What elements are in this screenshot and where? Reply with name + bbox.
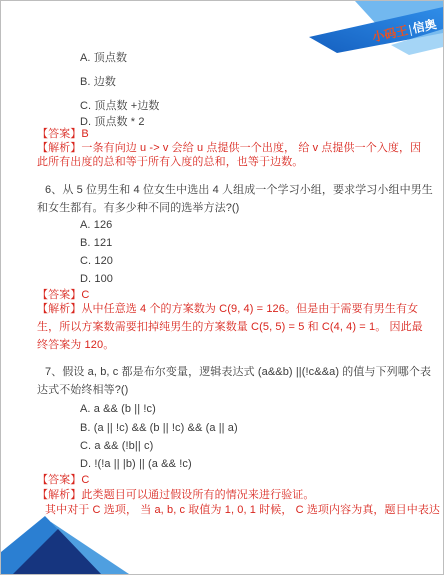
q6-answer: 【答案】C [37,288,89,302]
q6-option-b: B. 121 [80,236,112,250]
q7-option-d: D. !(!a || |b) || (a && !c) [80,457,192,471]
brand-logo: 小码王|信奥 [293,1,443,55]
q5-option-a: A. 顶点数 [80,51,127,65]
q7-analysis-line-2: 其中对于 C 选项， 当 a, b, c 取值为 1, 0, 1 时候， C 选… [45,503,440,517]
q6-analysis-line-2: 生，所以方案数需要扣掉纯男生的方案数量 C(5, 5) = 5 和 C(4, 4… [37,320,423,334]
q6-option-a: A. 126 [80,218,112,232]
document-page: 小码王|信奥 A. 顶点数 B. 边数 C. 顶点数 +边数 D. 顶点数 * … [0,0,444,575]
q6-analysis-line-1: 【解析】从中任意选 4 个的方案数为 C(9, 4) = 126。但是由于需要有… [37,302,418,316]
mountain-decoration [1,516,129,574]
q5-option-d: D. 顶点数 * 2 [80,115,145,129]
q7-analysis-line-1: 【解析】此类题目可以通过假设所有的情况来进行验证。 [37,488,315,502]
q6-analysis-line-3: 终答案为 120。 [37,338,114,352]
q5-analysis-line-2: 此所有出度的总和等于所有入度的总和，也等于边数。 [37,155,303,169]
q6-option-c: C. 120 [80,254,113,268]
q7-option-c: C. a && (!b|| c) [80,439,153,453]
q5-analysis-line-1: 【解析】一条有向边 u -> v 会给 u 点提供一个出度， 给 v 点提供一个… [37,141,421,155]
q5-answer: 【答案】B [37,127,89,141]
q7-answer: 【答案】C [37,473,89,487]
q6-stem-line-2: 和女生都有。有多少种不同的选举方法?() [37,201,239,215]
q7-stem-line-2: 达式不始终相等?() [37,383,128,397]
q7-stem-line-1: 7、假设 a, b, c 都是布尔变量，逻辑表达式 (a&&b) ||(!c&&… [45,365,431,379]
q6-option-d: D. 100 [80,272,113,286]
q7-option-b: B. (a || !c) && (b || !c) && (a || a) [80,421,238,435]
q5-option-c: C. 顶点数 +边数 [80,99,160,113]
q6-stem-line-1: 6、从 5 位男生和 4 位女生中选出 4 人组成一个学习小组，要求学习小组中男… [45,183,433,197]
q7-option-a: A. a && (b || !c) [80,402,156,416]
q5-option-b: B. 边数 [80,75,116,89]
